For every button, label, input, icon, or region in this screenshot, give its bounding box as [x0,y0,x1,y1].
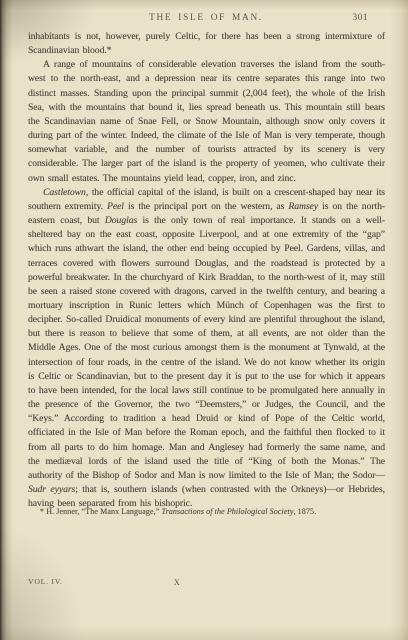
italic-text-run: Transactions of the Philological Society [161,507,293,516]
text-run: inhabitants is not, however, purely Celt… [28,31,385,56]
italic-text-run: Ramsey [288,201,318,212]
italic-text-run: Sudr eyyars [28,484,75,495]
signature-mark: X [174,578,180,587]
text-run: ; that is, southern islands (when contra… [28,484,385,509]
text-run: is the principal port on the western, as [124,201,289,212]
body-text: inhabitants is not, however, purely Celt… [28,30,385,511]
text-run: A range of mountains of considerable ele… [28,59,385,183]
italic-text-run: Peel [107,201,124,212]
italic-text-run: Douglas [105,215,137,226]
running-head: THE ISLE OF MAN. [28,13,384,23]
text-run: * H. Jenner, “The Manx Language,” [40,507,161,516]
text-run: is the only town of real importance. It … [28,215,385,481]
paragraph: inhabitants is not, however, purely Celt… [28,30,385,58]
footnote: * H. Jenner, “The Manx Language,” Transa… [40,507,382,516]
page-number: 301 [353,13,368,23]
italic-text-run: Castletown [43,187,86,198]
paragraph: A range of mountains of considerable ele… [28,58,385,185]
text-run: , 1875. [293,507,316,516]
paragraph: Castletown, the official capital of the … [28,186,385,512]
page-header: THE ISLE OF MAN. 301 [28,13,384,27]
volume-label: VOL. IV. [28,577,63,586]
book-page: THE ISLE OF MAN. 301 inhabitants is not,… [0,0,408,640]
